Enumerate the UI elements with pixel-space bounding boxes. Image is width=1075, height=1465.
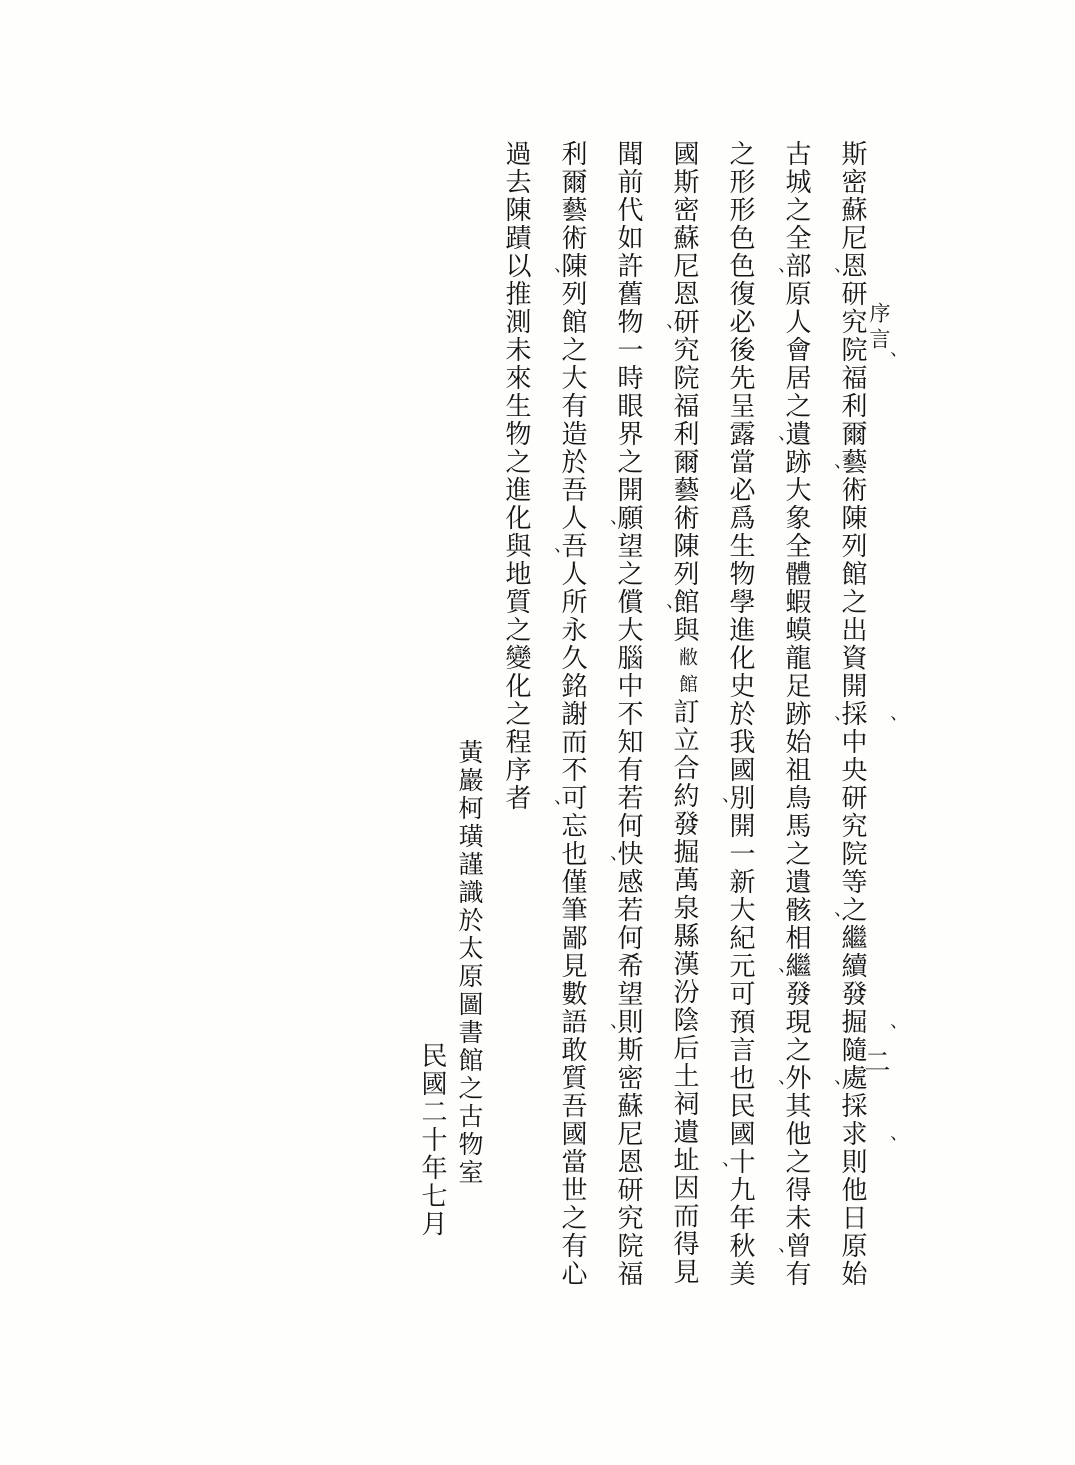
text-segment: 過去陳蹟以、推測未來生物之進化與、地質之變化之程序者、 <box>501 140 531 812</box>
text-segment: 聞前代如許舊物、一時眼界之開願望之償、大腦中不知有若何快感若何希望則斯密蘇尼恩研… <box>613 140 643 1288</box>
text-segment: 訂立合約、發掘萬泉縣漢汾陰后土祠遺址、因而得見 <box>669 698 699 1286</box>
text-column: 過去陳蹟以、推測未來生物之進化與、地質之變化之程序者、 <box>488 140 544 1310</box>
small-annotation: 敝館 <box>673 644 695 698</box>
text-segment: 國斯密蘇尼恩研究院福利爾藝術陳列館與 <box>669 140 699 644</box>
text-column: 古城之全部、原人會居之遺跡、大象全體蝦蟆龍足跡、始祖鳥馬之遺骸、相繼發現之外、其… <box>768 140 824 1310</box>
signature-line: 黃巖柯璜謹識於太原圖書館之古物室 <box>452 739 486 1187</box>
scanned-book-page: 序言 斯密蘇尼恩研究院、福利爾藝術陳列館之出資開採、中央研究院等之繼續發掘、隨處… <box>0 0 1075 1465</box>
text-column: 國斯密蘇尼恩研究院福利爾藝術陳列館與敝館訂立合約、發掘萬泉縣漢汾陰后土祠遺址、因… <box>656 140 712 1310</box>
text-column: 之形形色色、復必後先呈露、當必爲生物學進化史於我國別開一新大紀元、可預言也、民國… <box>712 140 768 1310</box>
page-number: 二 <box>858 1048 892 1074</box>
reading-mark: 、 <box>540 799 559 818</box>
text-segment: 古城之全部、原人會居之遺跡、大象全體蝦蟆龍足跡、始祖鳥馬之遺骸、相繼發現之外、其… <box>781 140 811 1288</box>
text-segment: 之形形色色、復必後先呈露、當必爲生物學進化史於我國別開一新大紀元、可預言也、民國… <box>725 140 755 1288</box>
text-segment: 斯密蘇尼恩研究院、福利爾藝術陳列館之出資開採、中央研究院等之繼續發掘、隨處採求、… <box>837 140 867 1288</box>
text-column: 利爾藝術陳列館之大有造於吾人、吾人所永久銘謝而不可忘也、僅筆鄙見數語、敢質吾國當… <box>544 140 600 1310</box>
text-column: 聞前代如許舊物、一時眼界之開願望之償、大腦中不知有若何快感若何希望則斯密蘇尼恩研… <box>600 140 656 1310</box>
body-columns: 斯密蘇尼恩研究院、福利爾藝術陳列館之出資開採、中央研究院等之繼續發掘、隨處採求、… <box>488 140 880 1310</box>
text-segment: 利爾藝術陳列館之大有造於吾人、吾人所永久銘謝而不可忘也、僅筆鄙見數語、敢質吾國當… <box>557 140 587 1288</box>
date-line: 民國二十年七月 <box>414 1042 450 1238</box>
